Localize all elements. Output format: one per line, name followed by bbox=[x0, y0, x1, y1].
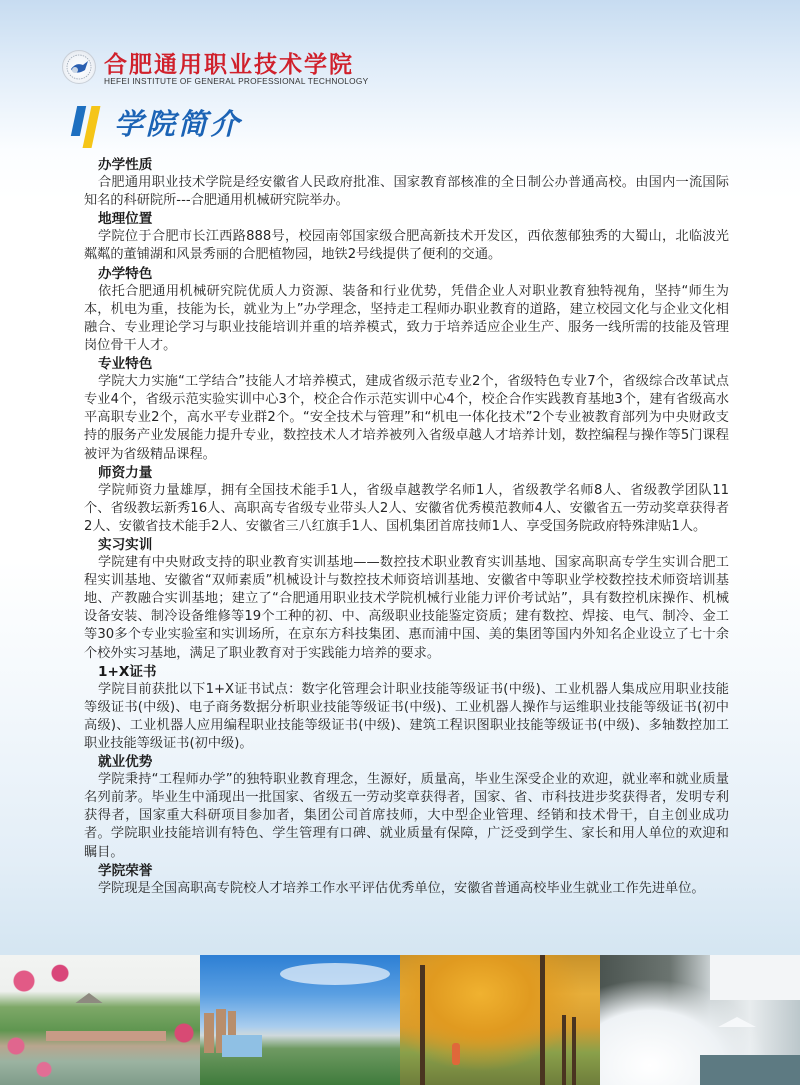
section-certificates: 1+X证书 学院目前获批以下1+X证书试点：数字化管理会计职业技能等级证书(中级… bbox=[84, 663, 729, 753]
section-heading: 地理位置 bbox=[84, 210, 729, 228]
section-body: 学院大力实施“工学结合”技能人才培养模式，建成省级示范专业2个，省级特色专业7个… bbox=[84, 373, 729, 463]
title-accent-blue-bar bbox=[71, 106, 86, 136]
section-body: 学院师资力量雄厚，拥有全国技术能手1人，省级卓越教学名师1人，省级教学名师8人、… bbox=[84, 482, 729, 536]
section-heading: 办学特色 bbox=[84, 265, 729, 283]
section-body: 学院现是全国高职高专院校人才培养工作水平评估优秀单位，安徽省普通高校毕业生就业工… bbox=[84, 880, 729, 898]
building-shape bbox=[222, 1035, 262, 1057]
tree-trunk-shape bbox=[572, 1017, 576, 1085]
section-body: 学院位于合肥市长江西路888号，校园南邻国家级合肥高新技术开发区，西依葱郁独秀的… bbox=[84, 228, 729, 264]
sky-shape bbox=[710, 955, 800, 1000]
school-name-chinese: 合肥通用职业技术学院 bbox=[104, 46, 354, 79]
tower-shape bbox=[204, 1013, 214, 1053]
tree-trunk-shape bbox=[540, 955, 545, 1085]
pavilion-shape bbox=[72, 993, 106, 1003]
section-heading: 学院荣誉 bbox=[84, 862, 729, 880]
page-title: 学院简介 bbox=[114, 102, 242, 143]
person-shape bbox=[452, 1043, 460, 1065]
section-honors: 学院荣誉 学院现是全国高职高专院校人才培养工作水平评估优秀单位，安徽省普通高校毕… bbox=[84, 862, 729, 898]
lake-shape bbox=[700, 1055, 800, 1085]
section-body: 合肥通用职业技术学院是经安徽省人民政府批准、国家教育部核准的全日制公办普通高校。… bbox=[84, 174, 729, 210]
section-faculty: 师资力量 学院师资力量雄厚，拥有全国技术能手1人，省级卓越教学名师1人，省级教学… bbox=[84, 464, 729, 536]
spring-garden-photo bbox=[0, 955, 200, 1085]
section-heading: 实习实训 bbox=[84, 536, 729, 554]
section-heading: 师资力量 bbox=[84, 464, 729, 482]
section-heading: 办学性质 bbox=[84, 156, 729, 174]
title-accent-yellow-bar bbox=[83, 106, 101, 148]
section-body: 学院秉持“工程师办学”的独特职业教育理念，生源好，质量高，毕业生深受企业的欢迎，… bbox=[84, 771, 729, 861]
cloud-shape bbox=[280, 963, 390, 985]
section-body: 依托合肥通用机械研究院优质人力资源、装备和行业优势，凭借企业人对职业教育独特视角… bbox=[84, 283, 729, 355]
autumn-trees-photo bbox=[400, 955, 600, 1085]
section-body: 学院建有中央财政支持的职业教育实训基地——数控技术职业教育实训基地、国家高职高专… bbox=[84, 554, 729, 663]
introduction-content: 办学性质 合肥通用职业技术学院是经安徽省人民政府批准、国家教育部核准的全日制公办… bbox=[84, 156, 729, 898]
section-training: 实习实训 学院建有中央财政支持的职业教育实训基地——数控技术职业教育实训基地、国… bbox=[84, 536, 729, 663]
pavilion-shape bbox=[718, 1017, 756, 1027]
school-name-english: HEFEI INSTITUTE OF GENERAL PROFESSIONAL … bbox=[104, 76, 368, 86]
campus-aerial-photo bbox=[200, 955, 400, 1085]
section-location: 地理位置 学院位于合肥市长江西路888号，校园南邻国家级合肥高新技术开发区，西依… bbox=[84, 210, 729, 264]
section-body: 学院目前获批以下1+X证书试点：数字化管理会计职业技能等级证书(中级)、工业机器… bbox=[84, 681, 729, 753]
section-features: 办学特色 依托合肥通用机械研究院优质人力资源、装备和行业优势，凭借企业人对职业教… bbox=[84, 265, 729, 355]
section-nature: 办学性质 合肥通用职业技术学院是经安徽省人民政府批准、国家教育部核准的全日制公办… bbox=[84, 156, 729, 210]
tree-trunk-shape bbox=[562, 1015, 566, 1085]
bridge-shape bbox=[46, 1031, 166, 1041]
section-heading: 专业特色 bbox=[84, 355, 729, 373]
school-emblem-icon bbox=[62, 50, 96, 84]
section-majors: 专业特色 学院大力实施“工学结合”技能人才培养模式，建成省级示范专业2个，省级特… bbox=[84, 355, 729, 464]
winter-snow-photo bbox=[600, 955, 800, 1085]
section-employment: 就业优势 学院秉持“工程师办学”的独特职业教育理念，生源好，质量高，毕业生深受企… bbox=[84, 753, 729, 862]
campus-photo-strip bbox=[0, 955, 800, 1085]
tree-trunk-shape bbox=[420, 965, 425, 1085]
section-heading: 就业优势 bbox=[84, 753, 729, 771]
section-heading: 1+X证书 bbox=[84, 663, 729, 681]
